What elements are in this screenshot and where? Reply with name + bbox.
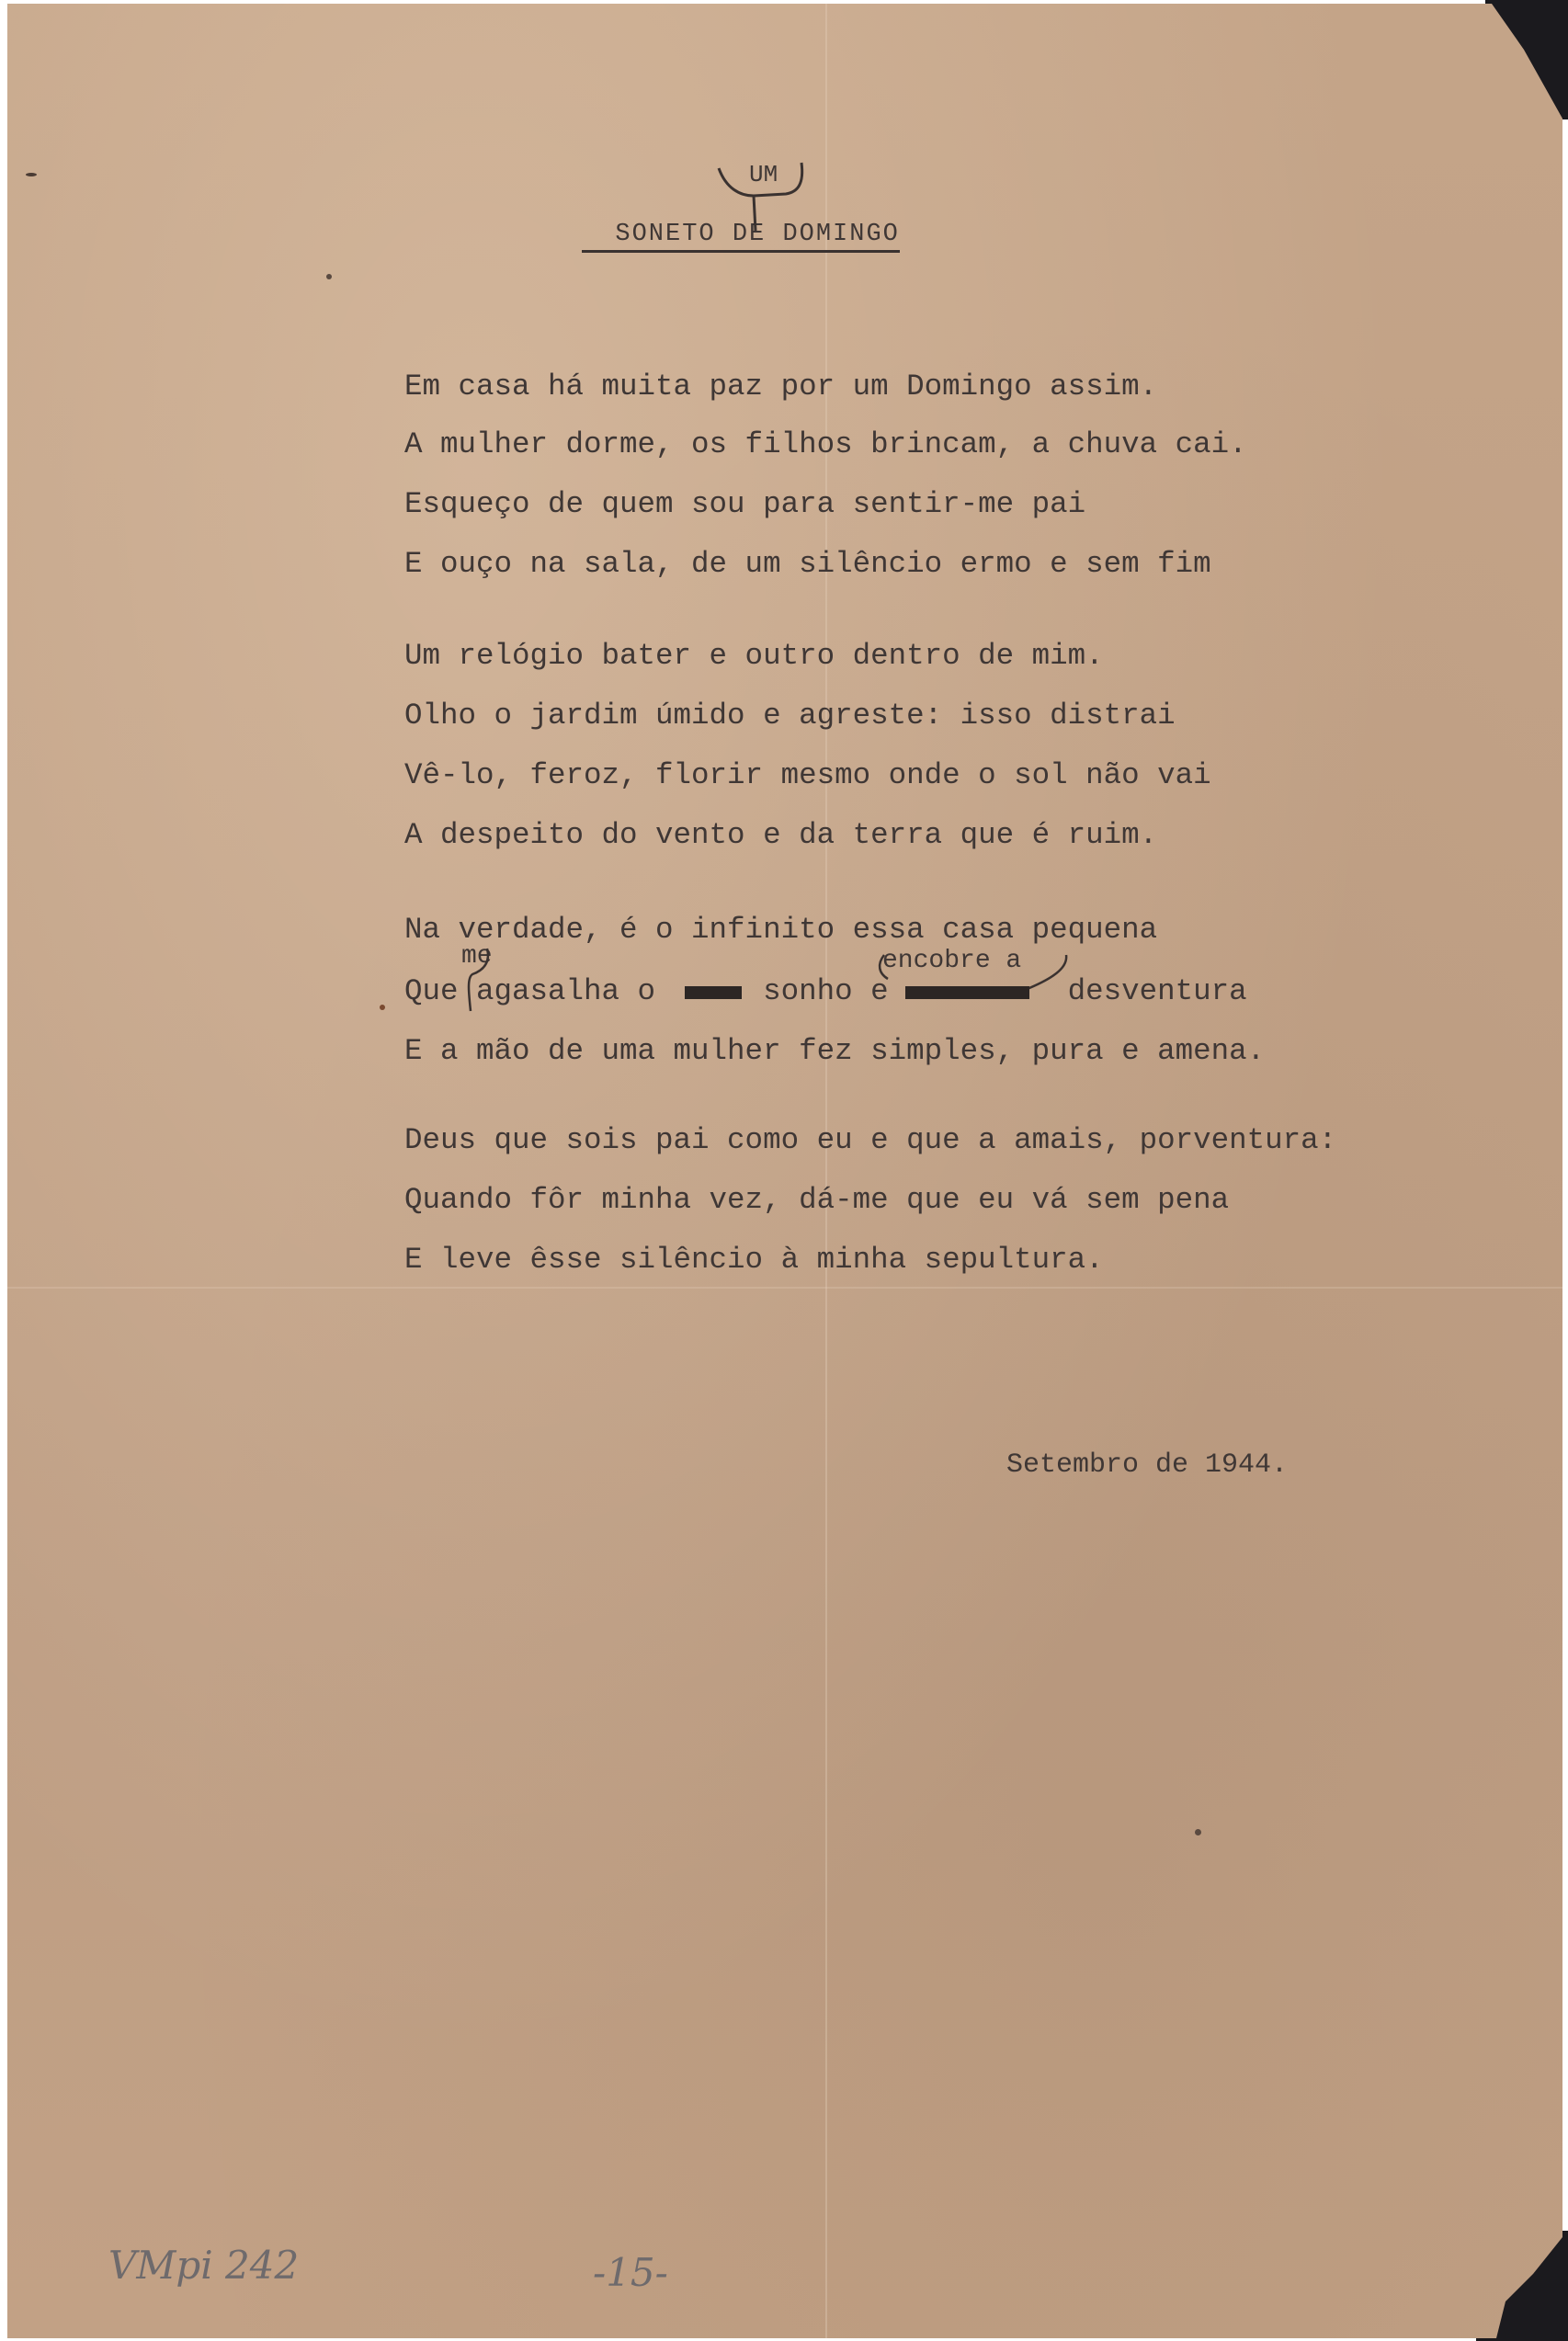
paper-speck bbox=[1195, 1829, 1201, 1835]
paper-sheet bbox=[7, 4, 1562, 2338]
ink-mark-left bbox=[26, 173, 37, 176]
vertical-fold-crease bbox=[825, 4, 827, 2338]
struck-out-word bbox=[685, 986, 742, 999]
pencil-page-number: -15- bbox=[593, 2250, 668, 2295]
poem-line: Em casa há muita paz por um Domingo assi… bbox=[404, 369, 1157, 403]
poem-line: Na verdade, é o infinito essa casa peque… bbox=[404, 913, 1157, 947]
poem-line: Que agasalha o sonho e desventura bbox=[404, 974, 1247, 1008]
poem-line: Esqueço de quem sou para sentir-me pai bbox=[404, 487, 1085, 521]
poem-line: Deus que sois pai como eu e que a amais,… bbox=[404, 1123, 1336, 1157]
title-handwritten-insert: UM bbox=[749, 161, 778, 188]
struck-out-word bbox=[905, 986, 1029, 999]
poem-line: A mulher dorme, os filhos brincam, a chu… bbox=[404, 427, 1247, 461]
poem-line: Um relógio bater e outro dentro de mim. bbox=[404, 639, 1104, 673]
poem-line: A despeito do vento e da terra que é rui… bbox=[404, 818, 1157, 852]
poem-line: Quando fôr minha vez, dá-me que eu vá se… bbox=[404, 1183, 1229, 1217]
poem-line: E leve êsse silêncio à minha sepultura. bbox=[404, 1243, 1104, 1277]
date-line: Setembro de 1944. bbox=[1006, 1449, 1288, 1481]
pencil-archive-reference: VMpi 242 bbox=[108, 2243, 299, 2288]
poem-line: E a mão de uma mulher fez simples, pura … bbox=[404, 1034, 1265, 1068]
paper-speck bbox=[326, 274, 332, 279]
paper-speck bbox=[380, 1005, 385, 1010]
poem-line: Vê-lo, feroz, florir mesmo onde o sol nã… bbox=[404, 758, 1211, 792]
poem-line: Olho o jardim úmido e agreste: isso dist… bbox=[404, 699, 1176, 733]
poem-line: E ouço na sala, de um silêncio ermo e se… bbox=[404, 547, 1211, 581]
horizontal-fold-crease bbox=[7, 1287, 1562, 1289]
